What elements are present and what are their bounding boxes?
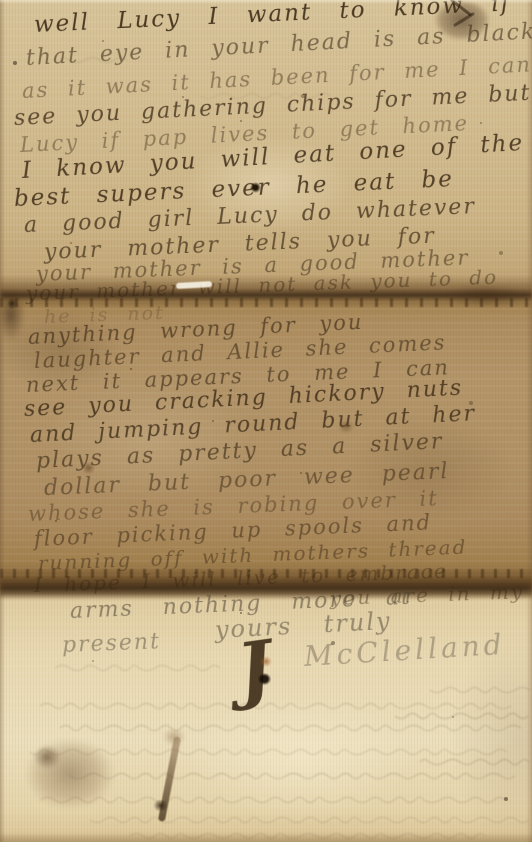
ink-streak-smear [160,726,188,748]
letter-page: well Lucy I want to know ifthat eye in y… [0,0,532,842]
letter-line: present [62,629,162,658]
bleedthrough-line [395,714,528,719]
signature-rust-spot [259,655,273,668]
scan-edge-top [0,0,532,4]
paper-stain [80,460,97,476]
signature-ink-blot [257,672,272,686]
scan-edge-left [0,0,5,842]
scan-edge-bottom [0,832,532,842]
water-stain-bottom-left [10,726,130,822]
fold-shadow-right [436,282,532,310]
bleedthrough-line [60,726,521,731]
ink-streak-blob [152,798,169,813]
bleedthrough-line [90,818,529,823]
scan-edge-right [526,0,532,842]
bleedthrough-line [55,666,220,671]
water-stain-core [30,742,64,772]
paper-stain [336,418,356,435]
bleedthrough-line [420,760,529,765]
ink-blot [250,182,261,193]
bleedthrough-line [70,774,515,779]
ink-dot [6,296,18,311]
bleedthrough-line [430,688,530,693]
